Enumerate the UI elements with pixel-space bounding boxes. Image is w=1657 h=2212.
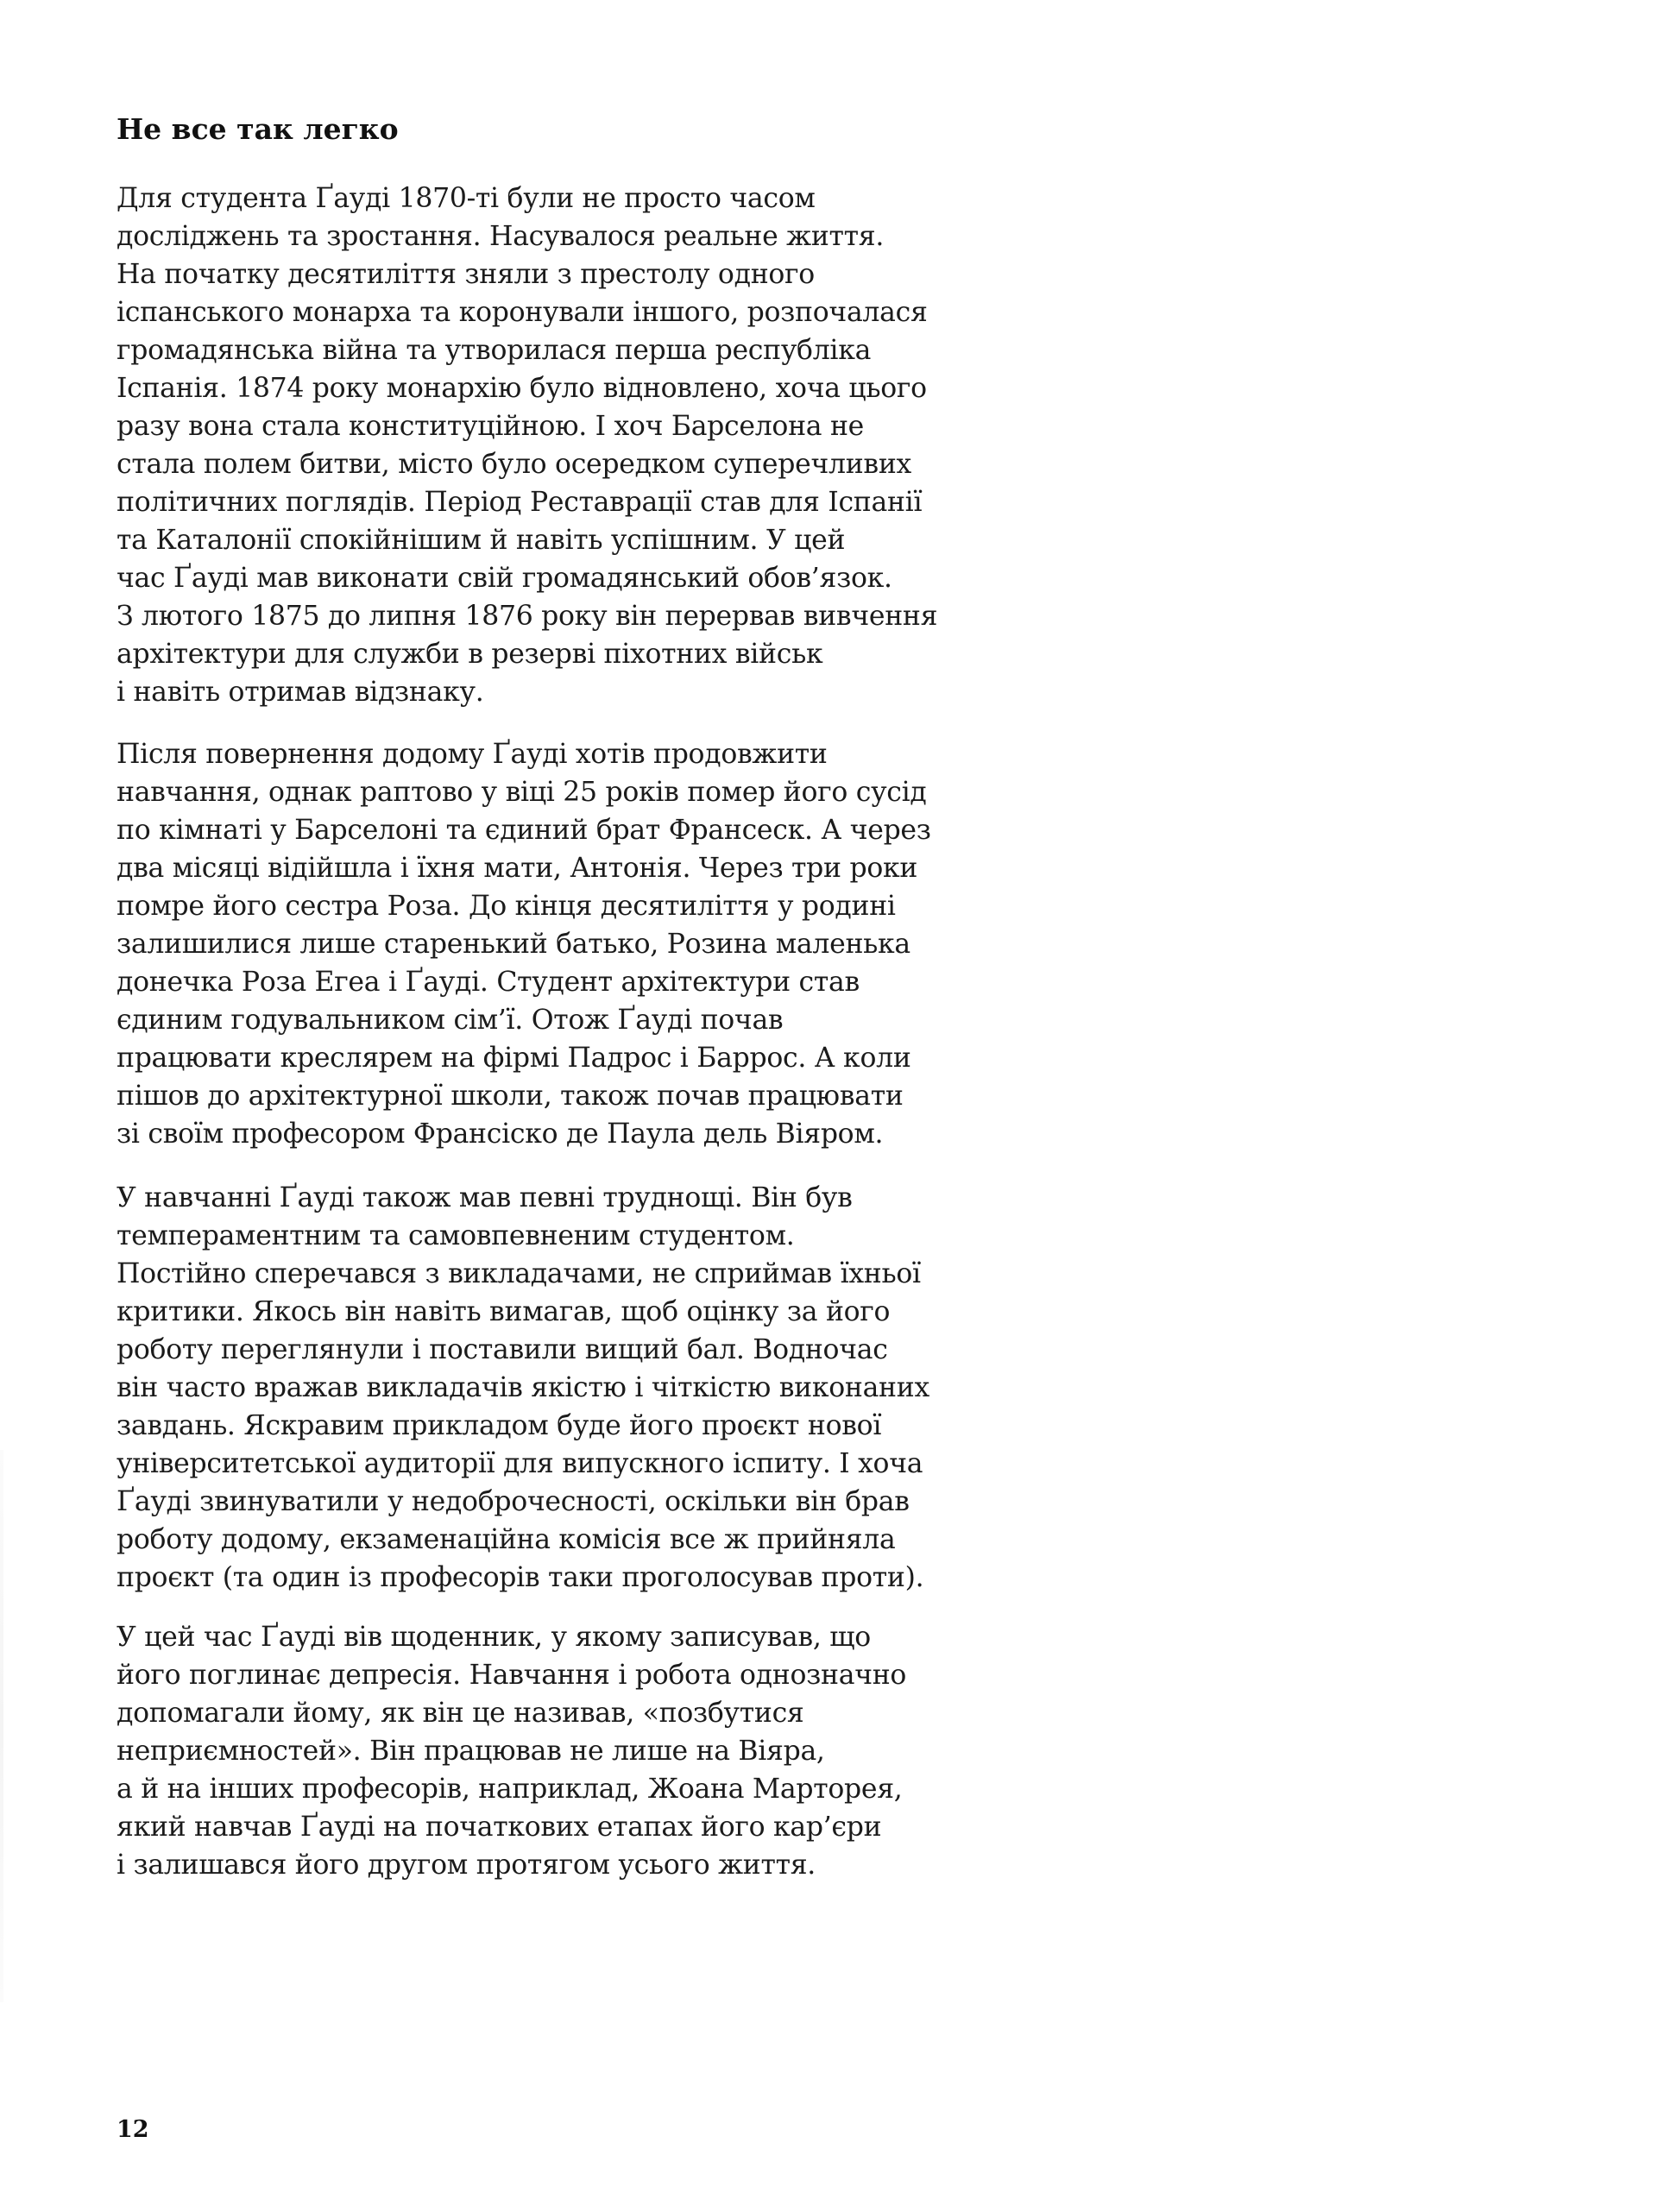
text-line: проєкт (та один із професорів таки прого…	[117, 1559, 1049, 1597]
text-line: два місяці відійшла і їхня мати, Антонія…	[117, 849, 1049, 887]
section-heading: Не все так легко	[117, 110, 399, 148]
text-line: університетської аудиторії для випускног…	[117, 1445, 1049, 1483]
text-line: а й на інших професорів, наприклад, Жоан…	[117, 1770, 1049, 1808]
text-line: На початку десятиліття зняли з престолу …	[117, 255, 1049, 293]
text-line: темпераментним та самовпевненим студенто…	[117, 1217, 1049, 1255]
text-line: неприємностей». Він працював не лише на …	[117, 1732, 1049, 1770]
text-line: навчання, однак раптово у віці 25 років …	[117, 773, 1049, 811]
text-line: його поглинає депресія. Навчання і робот…	[117, 1656, 1049, 1694]
text-line: і залишався його другом протягом усього …	[117, 1846, 1049, 1884]
text-line: роботу додому, екзаменаційна комісія все…	[117, 1521, 1049, 1559]
text-line: З лютого 1875 до липня 1876 року він пер…	[117, 597, 1049, 635]
text-line: залишилися лише старенький батько, Розин…	[117, 925, 1049, 963]
text-line: помре його сестра Роза. До кінця десятил…	[117, 887, 1049, 925]
page-edge-shadow	[0, 1450, 3, 2002]
text-line: пішов до архітектурної школи, також поча…	[117, 1077, 1049, 1115]
text-line: донечка Роза Егеа і Ґауді. Студент архіт…	[117, 963, 1049, 1001]
text-line: Іспанія. 1874 року монархію було відновл…	[117, 369, 1049, 407]
text-line: час Ґауді мав виконати свій громадянськи…	[117, 559, 1049, 597]
text-line: разу вона стала конституційною. І хоч Ба…	[117, 407, 1049, 445]
text-line: завдань. Яскравим прикладом буде його пр…	[117, 1407, 1049, 1445]
text-line: Постійно сперечався з викладачами, не сп…	[117, 1255, 1049, 1293]
text-line: працювати креслярем на фірмі Падрос і Ба…	[117, 1039, 1049, 1077]
text-line: Після повернення додому Ґауді хотів прод…	[117, 735, 1049, 773]
text-line: критики. Якось він навіть вимагав, щоб о…	[117, 1293, 1049, 1331]
text-line: архітектури для служби в резерві піхотни…	[117, 635, 1049, 673]
paragraph-1: Для студента Ґауді 1870-ті були не прост…	[117, 180, 1049, 711]
text-line: Ґауді звинуватили у недоброчесності, оск…	[117, 1483, 1049, 1521]
text-line: політичних поглядів. Період Реставрації …	[117, 483, 1049, 521]
text-line: громадянська війна та утворилася перша р…	[117, 331, 1049, 369]
text-line: по кімнаті у Барселоні та єдиний брат Фр…	[117, 811, 1049, 849]
text-line: і навіть отримав відзнаку.	[117, 673, 1049, 711]
paragraph-2: Після повернення додому Ґауді хотів прод…	[117, 735, 1049, 1153]
paragraph-4: У цей час Ґауді вів щоденник, у якому за…	[117, 1618, 1049, 1884]
text-line: який навчав Ґауді на початкових етапах й…	[117, 1808, 1049, 1846]
text-line: досліджень та зростання. Насувалося реал…	[117, 217, 1049, 255]
text-line: роботу переглянули і поставили вищий бал…	[117, 1331, 1049, 1369]
text-line: допомагали йому, як він це називав, «поз…	[117, 1694, 1049, 1732]
book-page: Не все так легко Для студента Ґауді 1870…	[0, 0, 1657, 2212]
text-line: Для студента Ґауді 1870-ті були не прост…	[117, 180, 1049, 217]
text-line: та Каталонії спокійнішим й навіть успішн…	[117, 521, 1049, 559]
text-line: зі своїм професором Франсіско де Паула д…	[117, 1115, 1049, 1153]
text-line: У цей час Ґауді вів щоденник, у якому за…	[117, 1618, 1049, 1656]
text-line: У навчанні Ґауді також мав певні труднощ…	[117, 1179, 1049, 1217]
text-line: стала полем битви, місто було осередком …	[117, 445, 1049, 483]
text-line: єдиним годувальником сім’ї. Отож Ґауді п…	[117, 1001, 1049, 1039]
paragraph-3: У навчанні Ґауді також мав певні труднощ…	[117, 1179, 1049, 1597]
page-number: 12	[117, 2116, 149, 2144]
text-line: він часто вражав викладачів якістю і чіт…	[117, 1369, 1049, 1407]
text-line: іспанського монарха та коронували іншого…	[117, 293, 1049, 331]
